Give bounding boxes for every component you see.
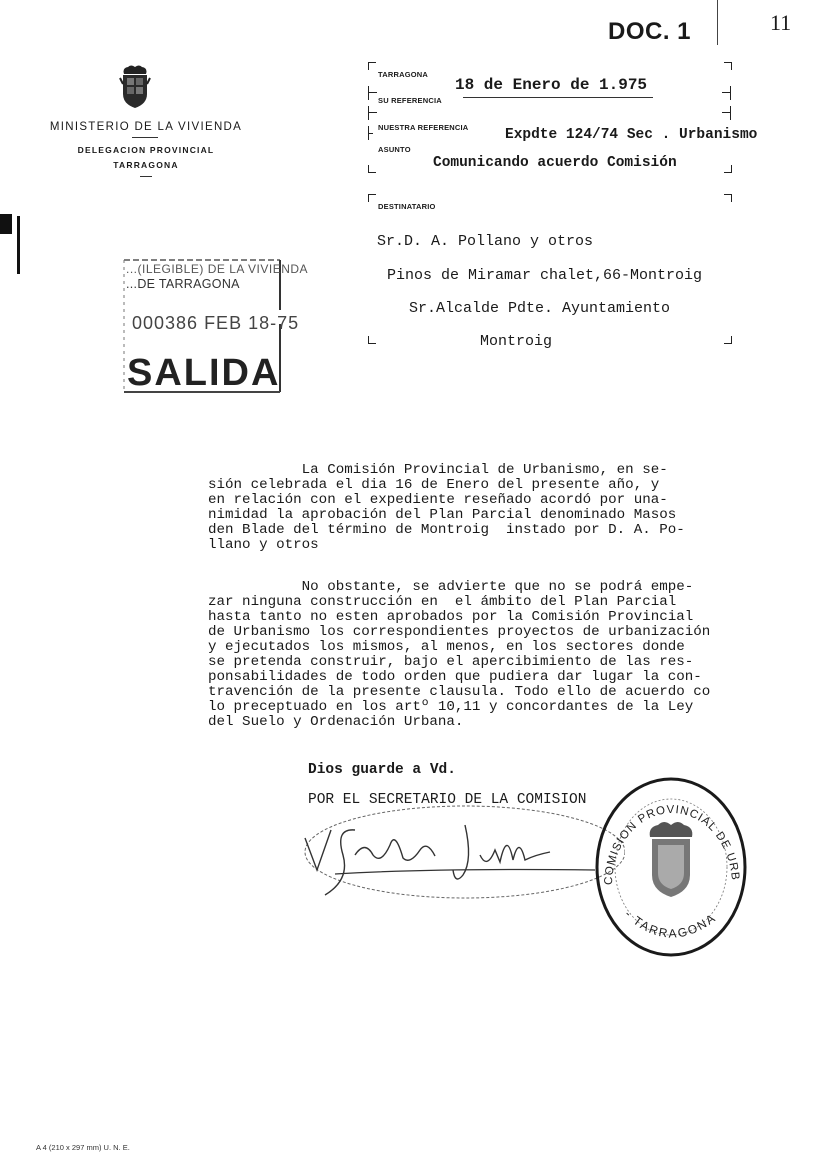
recipient-line: Sr.Alcalde Pdte. Ayuntamiento (409, 300, 670, 317)
frame-corner (724, 336, 732, 344)
commission-seal: COMISION PROVINCIAL DE URBANISMO - TARRA… (592, 775, 750, 960)
frame-corner (724, 194, 732, 202)
body-paragraph: No obstante, se advierte que no se podrá… (208, 580, 818, 730)
frame-corner (368, 194, 376, 202)
frame-corner (724, 62, 732, 70)
subject-value: Comunicando acuerdo Comisión (433, 155, 677, 171)
frame-corner (368, 62, 376, 70)
recipient-label: DESTINATARIO (378, 202, 436, 211)
closing-line: Dios guarde a Vd. (308, 762, 456, 778)
city-name: TARRAGONA (36, 160, 256, 170)
divider (717, 0, 718, 45)
frame-mark (722, 92, 731, 93)
doc-marker: DOC. 1 (608, 18, 691, 46)
punch-mark (17, 216, 20, 274)
handwritten-signature (295, 800, 625, 905)
frame-mark (368, 133, 373, 134)
frame-corner (368, 165, 376, 173)
exit-stamp-register: 000386 FEB 18-75 (132, 313, 299, 334)
subject-label: ASUNTO (378, 145, 411, 154)
letter-date: 18 de Enero de 1.975 (455, 76, 647, 94)
your-reference-label: SU REFERENCIA (378, 96, 442, 105)
exit-stamp-line: ...(ILEGIBLE) DE LA VIVIENDA (126, 262, 308, 276)
page-number: 11 (770, 10, 791, 36)
exit-stamp-label: SALIDA (127, 352, 280, 395)
date-underline (463, 97, 653, 98)
exit-stamp-line: ...DE TARRAGONA (126, 277, 240, 291)
place-label: TARRAGONA (378, 70, 428, 79)
delegation-name: DELEGACION PROVINCIAL (36, 145, 256, 155)
divider (132, 137, 158, 138)
seal-crest-icon (650, 822, 693, 897)
frame-mark (722, 112, 731, 113)
recipient-line: Sr.D. A. Pollano y otros (377, 233, 593, 250)
our-reference-label: NUESTRA REFERENCIA (378, 123, 468, 132)
body-paragraph: La Comisión Provincial de Urbanismo, en … (208, 463, 818, 553)
recipient-line: Montroig (480, 333, 552, 350)
paper-format-note: A 4 (210 x 297 mm) U. N. E. (36, 1143, 130, 1152)
punch-mark (0, 214, 12, 234)
divider (140, 176, 152, 177)
frame-corner (368, 336, 376, 344)
our-reference-value: Expdte 124/74 Sec . Urbanismo (505, 127, 757, 143)
frame-mark (368, 112, 377, 113)
coat-of-arms-icon (118, 64, 152, 110)
frame-mark (368, 92, 377, 93)
ministry-name: MINISTERIO DE LA VIVIENDA (36, 121, 256, 133)
frame-corner (724, 165, 732, 173)
recipient-line: Pinos de Miramar chalet,66-Montroig (387, 267, 702, 284)
